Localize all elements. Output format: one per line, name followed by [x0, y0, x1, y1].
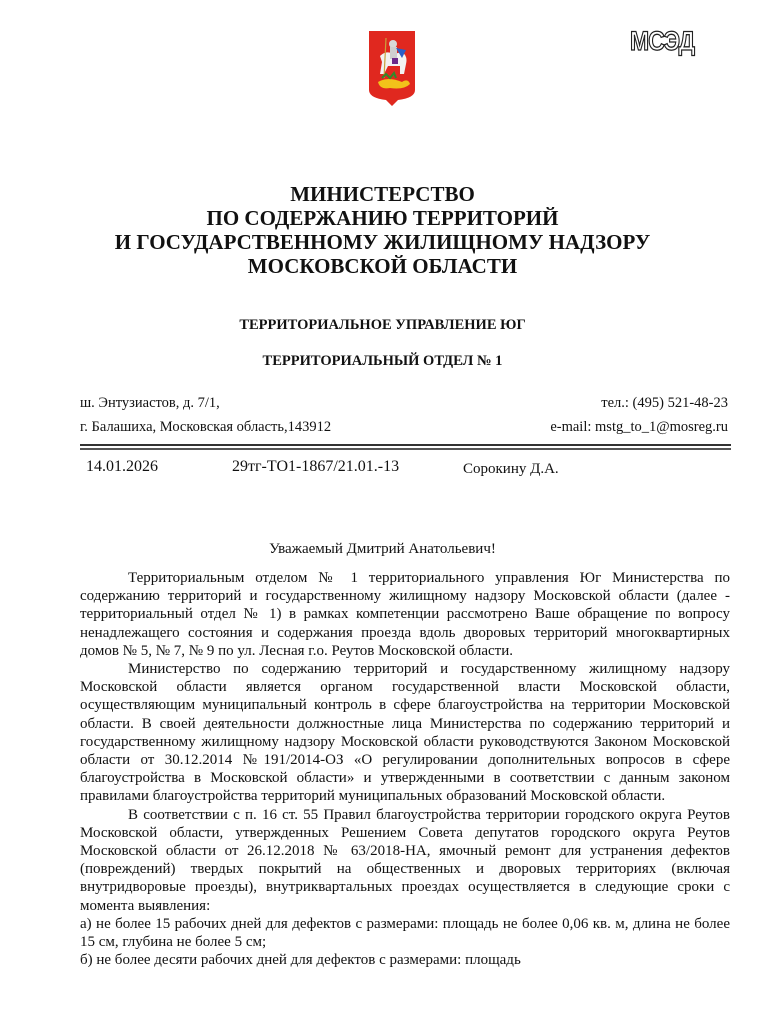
ministry-line: МОСКОВСКОЙ ОБЛАСТИ	[0, 254, 765, 278]
recipient: Сорокину Д.А.	[463, 461, 559, 478]
paragraph: Территориальным отделом № 1 территориаль…	[80, 569, 730, 660]
ministry-line: И ГОСУДАРСТВЕННОМУ ЖИЛИЩНОМУ НАДЗОРУ	[0, 230, 765, 254]
list-item: а) не более 15 рабочих дней для дефектов…	[80, 915, 730, 951]
paragraph: Министерство по содержанию территорий и …	[80, 660, 730, 806]
list-item: б) не более десяти рабочих дней для дефе…	[80, 951, 730, 969]
msed-stamp: МСЭД	[630, 26, 694, 57]
letter-date: 14.01.2026	[86, 458, 158, 476]
department-title: ТЕРРИТОРИАЛЬНОЕ УПРАВЛЕНИЕ ЮГ	[0, 317, 765, 334]
paragraph: В соответствии с п. 16 ст. 55 Правил бла…	[80, 806, 730, 915]
division-title: ТЕРРИТОРИАЛЬНЫЙ ОТДЕЛ № 1	[0, 353, 765, 370]
address-city: г. Балашиха, Московская область,143912	[80, 419, 331, 436]
phone: тел.: (495) 521-48-23	[601, 395, 728, 412]
header-divider	[80, 444, 731, 446]
address-street: ш. Энтузиастов, д. 7/1,	[80, 395, 220, 412]
ministry-title: МИНИСТЕРСТВО ПО СОДЕРЖАНИЮ ТЕРРИТОРИЙ И …	[0, 182, 765, 278]
ministry-line: ПО СОДЕРЖАНИЮ ТЕРРИТОРИЙ	[0, 206, 765, 230]
greeting: Уважаемый Дмитрий Анатольевич!	[0, 541, 765, 558]
ministry-line: МИНИСТЕРСТВО	[0, 182, 765, 206]
letter-number: 29тг-ТО1-1867/21.01.-13	[232, 458, 399, 476]
letter-body: Территориальным отделом № 1 территориаль…	[80, 569, 730, 969]
coat-of-arms-icon	[368, 30, 416, 107]
email[interactable]: e-mail: mstg_to_1@mosreg.ru	[550, 419, 728, 436]
